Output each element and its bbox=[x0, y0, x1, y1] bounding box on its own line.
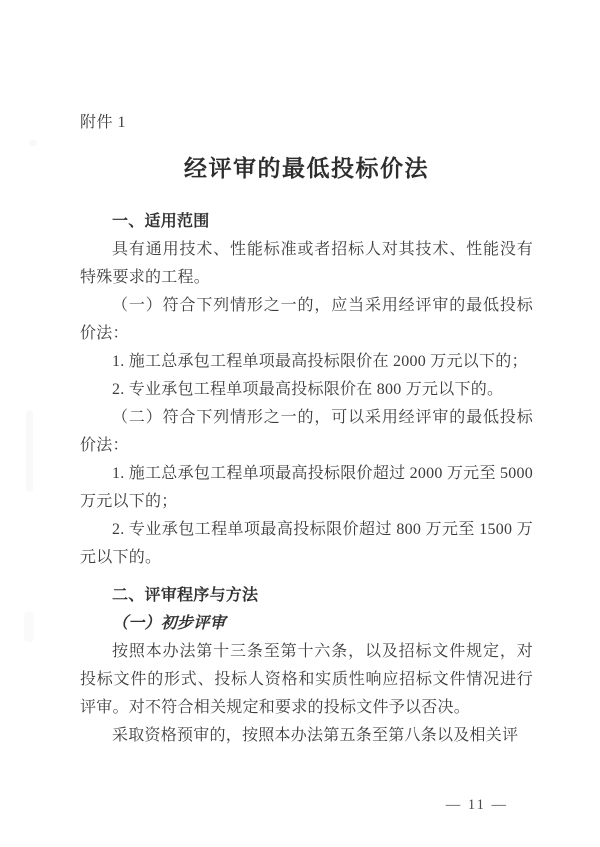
paragraph-prequalification: 采取资格预审的，按照本办法第五条至第八条以及相关评 bbox=[80, 722, 533, 750]
case-1-item-1: 1. 施工总承包工程单项最高投标限价在 2000 万元以下的； bbox=[80, 348, 533, 376]
scan-artifact bbox=[29, 140, 37, 146]
paragraph-preliminary-review: 按照本办法第十三条至第十六条，以及招标文件规定，对投标文件的形式、投标人资格和实… bbox=[80, 638, 533, 722]
scan-artifact bbox=[26, 410, 33, 492]
page-number: — 11 — bbox=[446, 796, 508, 814]
document-page: 附件 1 经评审的最低投标价法 一、适用范围 具有通用技术、性能标准或者招标人对… bbox=[0, 0, 600, 847]
scan-artifact bbox=[24, 612, 34, 642]
case-1-item-2: 2. 专业承包工程单项最高投标限价在 800 万元以下的。 bbox=[80, 376, 533, 404]
section-2-heading: 二、评审程序与方法 bbox=[80, 582, 533, 610]
paragraph-case-2-intro: （二）符合下列情形之一的，可以采用经评审的最低投标价法： bbox=[80, 404, 533, 460]
section-1-heading: 一、适用范围 bbox=[80, 208, 533, 236]
paragraph-case-1-intro: （一）符合下列情形之一的，应当采用经评审的最低投标价法： bbox=[80, 292, 533, 348]
case-2-item-2: 2. 专业承包工程单项最高投标限价超过 800 万元至 1500 万元以下的。 bbox=[80, 516, 533, 572]
case-2-item-1: 1. 施工总承包工程单项最高投标限价超过 2000 万元至 5000 万元以下的… bbox=[80, 460, 533, 516]
paragraph-scope: 具有通用技术、性能标准或者招标人对其技术、性能没有特殊要求的工程。 bbox=[80, 236, 533, 292]
attachment-label: 附件 1 bbox=[80, 112, 533, 134]
document-title: 经评审的最低投标价法 bbox=[80, 154, 533, 184]
document-body: 附件 1 经评审的最低投标价法 一、适用范围 具有通用技术、性能标准或者招标人对… bbox=[80, 112, 533, 750]
section-2-sub-heading: （一）初步评审 bbox=[80, 610, 533, 638]
